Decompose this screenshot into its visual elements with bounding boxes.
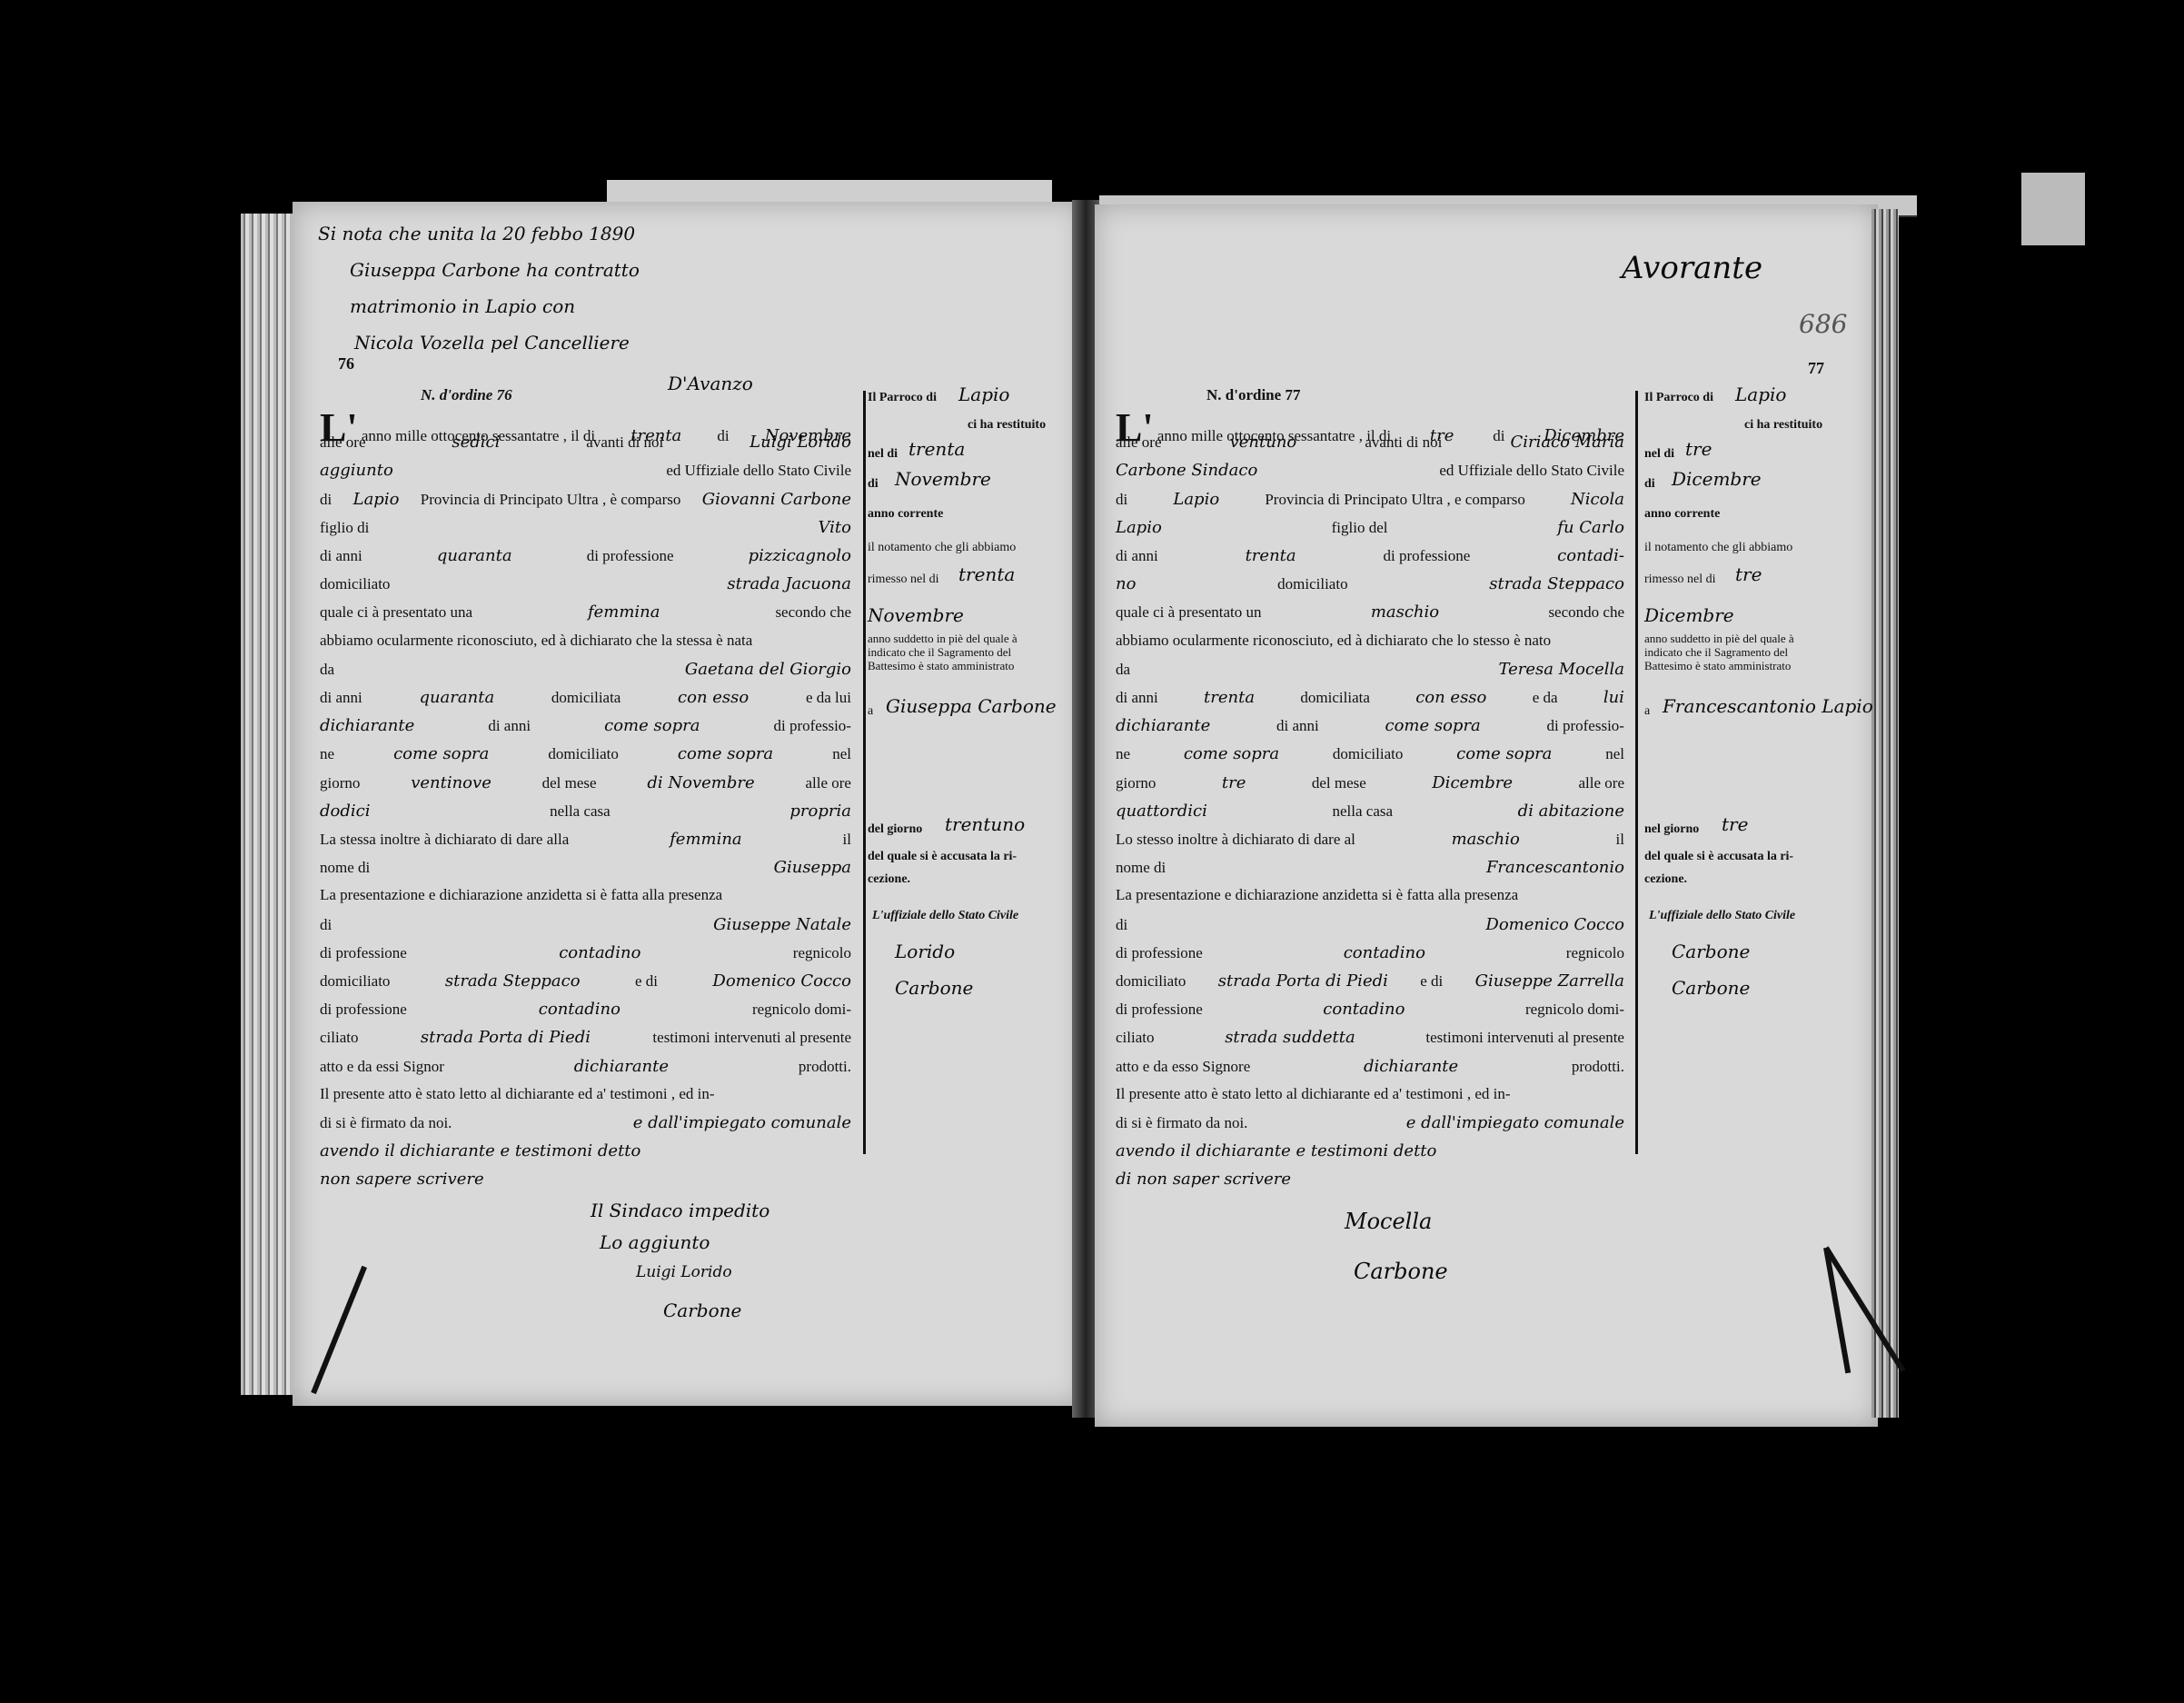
left-printed-text: nel [832, 745, 851, 763]
left-side-rimesso-label: rimesso nel di [868, 573, 939, 587]
left-handwritten-entry: femmina [588, 603, 660, 622]
right-handwritten-entry: Nicola [1571, 490, 1624, 509]
right-handwritten-entry: no [1116, 574, 1136, 593]
right-printed-text: nel [1605, 745, 1624, 763]
left-printed-text: giorno [320, 774, 360, 792]
right-handwritten-entry: Lapio [1173, 490, 1219, 509]
right-act-line: di professionecontadinoregnicolo [1116, 943, 1624, 962]
right-side-di-label: di [1644, 477, 1655, 492]
right-side-anno-corrente: anno corrente [1644, 507, 1720, 522]
left-printed-text: La stessa inoltre à dichiarato di dare a… [320, 831, 569, 849]
right-printed-text: regnicolo domi- [1525, 1001, 1624, 1019]
left-printed-text: di professione [320, 944, 407, 962]
left-act-line: ciliatostrada Porta di Pieditestimoni in… [320, 1028, 851, 1047]
right-side-a-value: Francescantonio Lapio [1663, 695, 1873, 717]
left-act-line: abbiamo ocularmente riconosciuto, ed à d… [320, 632, 851, 650]
left-printed-text: ne [320, 745, 334, 763]
left-printed-text: secondo che [775, 603, 851, 622]
left-act-line: di anniquarantadi professionepizzicagnol… [320, 546, 851, 565]
right-handwritten-entry: contadino [1323, 1000, 1405, 1019]
right-handwritten-entry: strada Steppaco [1489, 574, 1624, 593]
right-act-line: quale ci à presentato unmaschiosecondo c… [1116, 603, 1624, 622]
margin-annotation-line-4: Nicola Vozella pel Cancelliere [354, 332, 630, 354]
left-side-rimesso-value: trenta [958, 563, 1015, 585]
right-act-line: nodomiciliatostrada Steppaco [1116, 574, 1624, 593]
right-printed-text: il [1616, 831, 1624, 849]
left-printed-text: del mese [542, 774, 597, 792]
right-printed-text: domiciliato [1333, 745, 1403, 763]
right-act-line: di annitrentadomiciliatacon essoe dalui [1116, 688, 1624, 707]
right-side-di-value: Dicembre [1672, 468, 1762, 490]
right-printed-text: da [1116, 661, 1130, 679]
right-act-line: Il presente atto è stato letto al dichia… [1116, 1085, 1624, 1103]
right-act-line: Lo stesso inoltre à dichiarato di dare a… [1116, 830, 1624, 849]
right-order-label: N. d'ordine 77 [1206, 386, 1300, 404]
left-column-rule [863, 391, 866, 1154]
left-handwritten-entry: non sapere scrivere [320, 1170, 484, 1189]
left-printed-text: regnicolo domi- [752, 1001, 851, 1019]
right-printed-text: di professione [1116, 944, 1203, 962]
left-printed-text: di professio- [774, 717, 851, 735]
right-printed-text: e di [1420, 972, 1443, 991]
right-printed-text: di anni [1116, 547, 1158, 565]
left-signature-lorido: Luigi Lorido [636, 1263, 732, 1281]
right-side-rimesso-month: Dicembre [1644, 604, 1734, 626]
right-act-line: diLapioProvincia di Principato Ultra , e… [1116, 490, 1624, 509]
right-handwritten-entry: contadi- [1557, 546, 1624, 565]
right-act-line: dichiarantedi annicome sopradi professio… [1116, 716, 1624, 735]
right-printed-text: Lo stesso inoltre à dichiarato di dare a… [1116, 831, 1355, 849]
left-handwritten-entry: aggiunto [320, 461, 393, 480]
left-handwritten-entry: come sopra [678, 744, 773, 763]
left-side-anno-corrente: anno corrente [868, 507, 943, 522]
right-printed-text: testimoni intervenuti al presente [1425, 1029, 1624, 1047]
right-act-line: ciliatostrada suddettatestimoni interven… [1116, 1028, 1624, 1047]
right-printed-text: La presentazione e dichiarazione anzidet… [1116, 886, 1518, 904]
right-side-notamento: il notamento che gli abbiamo [1644, 541, 1792, 555]
right-act-line: La presentazione e dichiarazione anzidet… [1116, 886, 1624, 904]
right-act-line: di annitrentadi professionecontadi- [1116, 546, 1624, 565]
right-handwritten-entry: quattordici [1116, 802, 1207, 821]
right-handwritten-entry: dichiarante [1116, 716, 1210, 735]
left-page-number: 76 [338, 354, 354, 373]
right-handwritten-entry: trenta [1204, 688, 1255, 707]
left-printed-text: da [320, 661, 334, 679]
top-flourish-signature: Avorante [1622, 250, 1762, 286]
right-printed-text: ne [1116, 745, 1130, 763]
left-printed-text: domiciliato [320, 972, 390, 991]
right-handwritten-entry: trenta [1246, 546, 1296, 565]
left-act-line: dodicinella casapropria [320, 802, 851, 821]
left-handwritten-entry: quaranta [437, 546, 512, 565]
right-printed-text: atto e da esso Signore [1116, 1058, 1250, 1076]
left-act-line: daGaetana del Giorgio [320, 660, 851, 679]
right-act-line: diDomenico Cocco [1116, 915, 1624, 934]
left-printed-text: figlio di [320, 519, 369, 537]
right-printed-text: figlio del [1332, 519, 1388, 537]
right-act-line: necome sopradomiciliatocome sopranel [1116, 744, 1624, 763]
left-act-line: Il presente atto è stato letto al dichia… [320, 1085, 851, 1103]
right-printed-text: secondo che [1548, 603, 1624, 622]
right-side-giorno-value: tre [1722, 813, 1748, 835]
left-handwritten-entry: Giuseppe Natale [713, 915, 851, 934]
right-side-returned-label: ci ha restituito [1744, 418, 1822, 433]
right-handwritten-entry: Carbone Sindaco [1116, 461, 1257, 480]
right-printed-text: alle ore [1579, 774, 1625, 792]
left-printed-text: Il presente atto è stato letto al dichia… [320, 1085, 715, 1103]
left-handwritten-entry: e dall'impiegato comunale [633, 1113, 851, 1132]
right-page-stack-edge [1871, 209, 1899, 1418]
left-act-line: domiciliatostrada Steppacoe diDomenico C… [320, 971, 851, 991]
right-side-parroco-label: Il Parroco di [1644, 391, 1713, 405]
left-act-line: alle oresediciavanti di noiLuigi Lorido [320, 433, 851, 452]
left-side-di-value: Novembre [895, 468, 991, 490]
left-handwritten-entry: Gaetana del Giorgio [685, 660, 851, 679]
right-order-number: 77 [1285, 386, 1300, 403]
right-printed-text: di anni [1276, 717, 1319, 735]
right-handwritten-entry: maschio [1452, 830, 1520, 849]
right-handwritten-entry: contadino [1344, 943, 1425, 962]
right-side-nel-di-label: nel di [1644, 447, 1674, 462]
right-handwritten-entry: fu Carlo [1557, 518, 1624, 537]
left-handwritten-entry: avendo il dichiarante e testimoni detto [320, 1141, 640, 1160]
left-side-parroco-place: Lapio [958, 383, 1009, 405]
right-handwritten-entry: avendo il dichiarante e testimoni detto [1116, 1141, 1436, 1160]
left-act-line: figlio diVito [320, 518, 851, 537]
margin-annotation-line-1: Si nota che unita la 20 febbo 1890 [318, 223, 635, 244]
left-handwritten-entry: strada Steppaco [445, 971, 581, 991]
right-printed-text: e da [1533, 689, 1558, 707]
right-printed-text: prodotti. [1572, 1058, 1624, 1076]
left-handwritten-entry: quaranta [419, 688, 494, 707]
left-handwritten-entry: dichiarante [320, 716, 414, 735]
right-column-rule [1635, 391, 1638, 1154]
left-act-line: domiciliatostrada Jacuona [320, 574, 851, 593]
right-handwritten-entry: e dall'impiegato comunale [1406, 1113, 1624, 1132]
right-printed-text: di professio- [1547, 717, 1624, 735]
right-handwritten-entry: Giuseppe Zarrella [1475, 971, 1624, 991]
left-handwritten-entry: Lapio [353, 490, 400, 509]
right-handwritten-entry: strada Porta di Piedi [1218, 971, 1388, 991]
left-printed-text: avanti di noi [586, 433, 663, 452]
left-side-officer-signature-2: Carbone [895, 977, 973, 999]
margin-annotation-line-3: matrimonio in Lapio con [350, 295, 575, 317]
left-act-line: di anniquarantadomiciliatacon essoe da l… [320, 688, 851, 707]
right-act-line: nome diFrancescantonio [1116, 858, 1624, 877]
left-side-a-label: a [868, 704, 873, 719]
left-handwritten-entry: ventinove [411, 773, 491, 792]
left-printed-text: atto e da essi Signor [320, 1058, 444, 1076]
left-side-officer-label: L'uffiziale dello Stato Civile [872, 909, 1018, 923]
left-side-cezione: cezione. [868, 872, 910, 887]
right-handwritten-entry: di non saper scrivere [1116, 1170, 1291, 1189]
left-handwritten-entry: strada Jacuona [727, 574, 851, 593]
right-printed-text: abbiamo ocularmente riconosciuto, ed à d… [1116, 632, 1551, 650]
left-side-rimesso-month: Novembre [868, 604, 964, 626]
right-printed-text: del mese [1312, 774, 1366, 792]
left-printed-text: ciliato [320, 1029, 358, 1047]
right-side-officer-signature-2: Carbone [1672, 977, 1750, 999]
right-handwritten-entry: maschio [1371, 603, 1439, 622]
left-act-line: dichiarantedi annicome sopradi professio… [320, 716, 851, 735]
left-act-line: diGiuseppe Natale [320, 915, 851, 934]
left-order-label: N. d'ordine 76 [421, 386, 512, 404]
right-handwritten-entry: con esso [1415, 688, 1486, 707]
left-printed-text: abbiamo ocularmente riconosciuto, ed à d… [320, 632, 752, 650]
left-act-line: La stessa inoltre à dichiarato di dare a… [320, 830, 851, 849]
right-printed-text: di [1116, 916, 1127, 934]
left-printed-text: di anni [488, 717, 531, 735]
left-handwritten-entry: sedici [452, 433, 500, 452]
right-page-number: 77 [1808, 359, 1824, 378]
left-printed-text: La presentazione e dichiarazione anzidet… [320, 886, 722, 904]
left-printed-text: domiciliato [320, 575, 390, 593]
left-handwritten-entry: femmina [670, 830, 742, 849]
left-act-line: La presentazione e dichiarazione anzidet… [320, 886, 851, 904]
right-printed-text: di professione [1383, 547, 1470, 565]
left-printed-text: di anni [320, 689, 362, 707]
right-act-line: quattordicinella casadi abitazione [1116, 802, 1624, 821]
right-act-line: di professionecontadinoregnicolo domi- [1116, 1000, 1624, 1019]
left-side-di-label: di [868, 477, 879, 492]
right-act-line: abbiamo ocularmente riconosciuto, ed à d… [1116, 632, 1624, 650]
left-printed-text: e di [635, 972, 658, 991]
right-handwritten-entry: tre [1222, 773, 1246, 792]
left-act-line: avendo il dichiarante e testimoni detto [320, 1141, 851, 1160]
right-printed-text: di [1116, 491, 1127, 509]
left-side-officer-signature-1: Lorido [895, 941, 955, 962]
right-side-nel-di-value: tre [1685, 438, 1712, 460]
right-side-officer-label: L'uffiziale dello Stato Civile [1649, 909, 1795, 923]
left-side-accusata: del quale si è accusata la ri- [868, 850, 1017, 864]
right-act-line: di si è firmato da noi.e dall'impiegato … [1116, 1113, 1624, 1132]
left-act-line: di professionecontadinoregnicolo domi- [320, 1000, 851, 1019]
left-printed-text: alle ore [320, 433, 366, 452]
right-side-accusata: del quale si è accusata la ri- [1644, 850, 1793, 864]
right-printed-text: domiciliato [1277, 575, 1347, 593]
right-act-line: alle oreventunoavanti di noiCiriaco Mari… [1116, 433, 1624, 452]
left-handwritten-entry: strada Porta di Piedi [421, 1028, 591, 1047]
left-printed-text: regnicolo [793, 944, 851, 962]
left-handwritten-entry: di Novembre [647, 773, 754, 792]
left-handwritten-entry: Giovanni Carbone [702, 490, 851, 509]
right-handwritten-entry: Ciriaco Maria [1510, 433, 1624, 452]
right-printed-text: Provincia di Principato Ultra , e compar… [1265, 491, 1525, 509]
right-printed-text: alle ore [1116, 433, 1162, 452]
left-printed-text: di si è firmato da noi. [320, 1114, 452, 1132]
right-signature-carbone: Carbone [1354, 1259, 1448, 1284]
right-handwritten-entry: Dicembre [1432, 773, 1513, 792]
right-act-line: atto e da esso Signoredichiaranteprodott… [1116, 1057, 1624, 1076]
left-act-line: aggiuntoed Uffiziale dello Stato Civile [320, 461, 851, 480]
right-act-line: avendo il dichiarante e testimoni detto [1116, 1141, 1624, 1160]
left-signature-sindaco: Il Sindaco impedito [591, 1200, 769, 1221]
right-act-line: di non saper scrivere [1116, 1170, 1624, 1189]
right-handwritten-entry: Teresa Mocella [1499, 660, 1624, 679]
right-side-anno-suddetto-text: anno suddetto in piè del quale à indicat… [1644, 632, 1817, 672]
left-printed-text: alle ore [805, 774, 851, 792]
right-act-line: giornotredel meseDicembrealle ore [1116, 773, 1624, 792]
right-printed-text: giorno [1116, 774, 1156, 792]
left-page-stack-edge [241, 214, 295, 1395]
left-act-line: di si è firmato da noi.e dall'impiegato … [320, 1113, 851, 1132]
right-printed-text: domiciliato [1116, 972, 1186, 991]
right-handwritten-entry: strada suddetta [1225, 1028, 1355, 1047]
archive-stamp-number: 686 [1799, 309, 1847, 339]
right-act-line: Carbone Sindacoed Uffiziale dello Stato … [1116, 461, 1624, 480]
paper-tab [2021, 173, 2085, 245]
right-handwritten-entry: Francescantonio [1486, 858, 1624, 877]
right-printed-text: di si è firmato da noi. [1116, 1114, 1247, 1132]
right-printed-text: quale ci à presentato un [1116, 603, 1262, 622]
left-act-line: giornoventinovedel mesedi Novembrealle o… [320, 773, 851, 792]
left-act-line: di professionecontadinoregnicolo [320, 943, 851, 962]
left-side-returned-label: ci ha restituito [968, 418, 1046, 433]
left-printed-text: di [320, 916, 332, 934]
left-handwritten-entry: con esso [678, 688, 749, 707]
left-side-nel-di-value: trenta [908, 438, 965, 460]
right-printed-text: domiciliata [1300, 689, 1369, 707]
right-act-line: Lapiofiglio delfu Carlo [1116, 518, 1624, 537]
left-handwritten-entry: dichiarante [574, 1057, 669, 1076]
left-handwritten-entry: Luigi Lorido [750, 433, 851, 452]
right-handwritten-entry: Lapio [1116, 518, 1162, 537]
left-handwritten-entry: propria [789, 802, 851, 821]
right-printed-text: Il presente atto è stato letto al dichia… [1116, 1085, 1511, 1103]
left-side-giorno-value: trentuno [945, 813, 1025, 835]
right-side-rimesso-value: tre [1735, 563, 1762, 585]
left-act-line: diLapioProvincia di Principato Ultra , è… [320, 490, 851, 509]
left-printed-text: nella casa [550, 802, 611, 821]
left-act-line: non sapere scrivere [320, 1170, 851, 1189]
right-printed-text: ed Uffiziale dello Stato Civile [1439, 462, 1624, 480]
right-signature-mocella: Mocella [1345, 1209, 1432, 1234]
right-printed-text: regnicolo [1566, 944, 1624, 962]
left-printed-text: testimoni intervenuti al presente [652, 1029, 851, 1047]
left-order-number: 76 [497, 386, 512, 403]
right-handwritten-entry: come sopra [1456, 744, 1552, 763]
right-handwritten-entry: ventuno [1230, 433, 1297, 452]
right-side-giorno-label: nel giorno [1644, 822, 1699, 837]
margin-annotation-line-2: Giuseppa Carbone ha contratto [350, 259, 640, 281]
left-side-a-value: Giuseppa Carbone [886, 695, 1057, 717]
left-printed-text: di anni [320, 547, 362, 565]
left-handwritten-entry: dodici [320, 802, 370, 821]
right-handwritten-entry: Domenico Cocco [1485, 915, 1624, 934]
left-handwritten-entry: Giuseppa [774, 858, 851, 877]
left-printed-text: di [320, 491, 332, 509]
left-signature-aggiunto: Lo aggiunto [600, 1231, 710, 1253]
margin-annotation-signature: D'Avanzo [668, 373, 753, 394]
left-printed-text: il [843, 831, 851, 849]
left-handwritten-entry: Domenico Cocco [712, 971, 851, 991]
left-printed-text: di professione [587, 547, 674, 565]
left-handwritten-entry: Vito [818, 518, 851, 537]
left-side-anno-suddetto-text: anno suddetto in piè del quale à indicat… [868, 632, 1040, 672]
left-handwritten-entry: come sopra [604, 716, 700, 735]
left-handwritten-entry: contadino [539, 1000, 620, 1019]
left-side-notamento: il notamento che gli abbiamo [868, 541, 1016, 555]
left-handwritten-entry: contadino [559, 943, 640, 962]
left-printed-text: di professione [320, 1001, 407, 1019]
right-printed-text: ciliato [1116, 1029, 1154, 1047]
right-act-line: daTeresa Mocella [1116, 660, 1624, 679]
left-side-giorno-label: del giorno [868, 822, 922, 837]
right-handwritten-entry: lui [1603, 688, 1624, 707]
right-printed-text: nome di [1116, 859, 1166, 877]
right-side-officer-signature-1: Carbone [1672, 941, 1750, 962]
left-printed-text: e da lui [806, 689, 851, 707]
left-printed-text: quale ci à presentato una [320, 603, 472, 622]
left-act-line: nome diGiuseppa [320, 858, 851, 877]
right-handwritten-entry: come sopra [1184, 744, 1279, 763]
right-printed-text: nella casa [1333, 802, 1394, 821]
right-printed-text: di anni [1116, 689, 1158, 707]
left-act-line: atto e da essi Signordichiaranteprodotti… [320, 1057, 851, 1076]
left-handwritten-entry: come sopra [393, 744, 489, 763]
right-handwritten-entry: dichiarante [1364, 1057, 1458, 1076]
left-act-line: quale ci à presentato unafemminasecondo … [320, 603, 851, 622]
left-printed-text: ed Uffiziale dello Stato Civile [666, 462, 851, 480]
right-side-cezione: cezione. [1644, 872, 1687, 887]
left-printed-text: domiciliata [551, 689, 620, 707]
left-printed-text: domiciliato [548, 745, 618, 763]
left-act-line: necome sopradomiciliatocome sopranel [320, 744, 851, 763]
right-handwritten-entry: come sopra [1385, 716, 1480, 735]
right-printed-text: di professione [1116, 1001, 1203, 1019]
right-act-line: domiciliatostrada Porta di Piedie diGius… [1116, 971, 1624, 991]
right-side-a-label: a [1644, 704, 1650, 719]
left-printed-text: Provincia di Principato Ultra , è compar… [421, 491, 681, 509]
left-signature-carbone: Carbone [663, 1300, 741, 1321]
right-handwritten-entry: di abitazione [1518, 802, 1624, 821]
left-printed-text: prodotti. [799, 1058, 851, 1076]
right-side-parroco-place: Lapio [1735, 383, 1786, 405]
right-side-rimesso-label: rimesso nel di [1644, 573, 1716, 587]
left-side-parroco-label: Il Parroco di [868, 391, 937, 405]
right-printed-text: avanti di noi [1365, 433, 1442, 452]
left-printed-text: nome di [320, 859, 370, 877]
left-side-nel-di-label: nel di [868, 447, 898, 462]
left-handwritten-entry: pizzicagnolo [749, 546, 851, 565]
